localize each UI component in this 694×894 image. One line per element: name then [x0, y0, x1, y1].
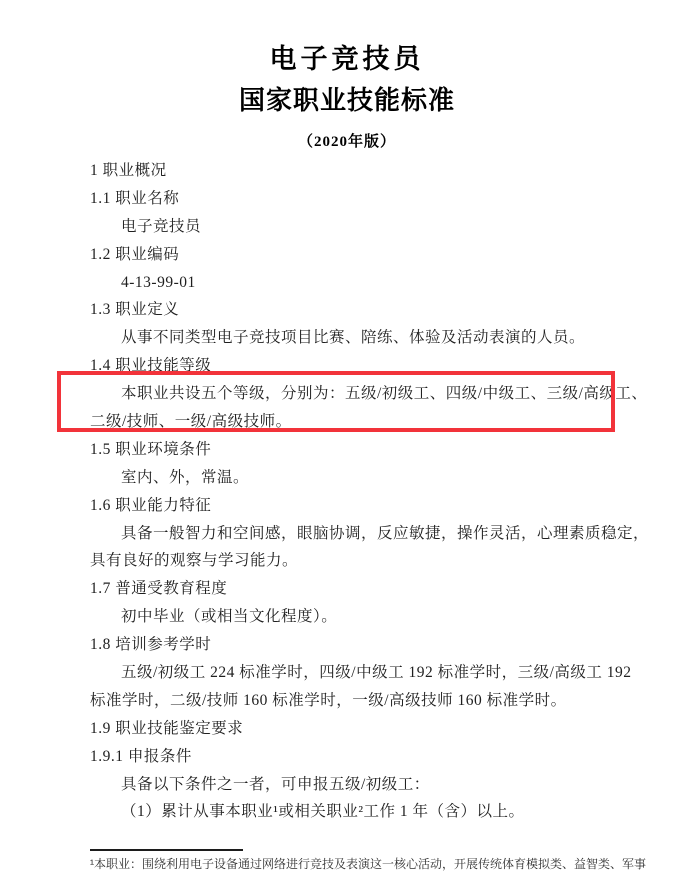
body-line: （1）累计从事本职业¹或相关职业²工作 1 年（含）以上。 — [90, 798, 610, 826]
document-page: 电子竞技员 国家职业技能标准 （2020年版） 1 职业概况1.1 职业名称电子… — [0, 0, 694, 894]
body-line: 标准学时，二级/技师 160 标准学时，一级/高级技师 160 标准学时。 — [90, 687, 610, 715]
body-line: 具有良好的观察与学习能力。 — [90, 547, 610, 575]
body-line: 1.5 职业环境条件 — [90, 436, 610, 464]
footnote-separator — [90, 849, 243, 851]
body-line: 1.4 职业技能等级 — [90, 352, 610, 380]
footnote-text: ¹本职业：围绕利用电子设备通过网络进行竞技及表演这一核心活动，开展传统体育模拟类… — [90, 856, 620, 873]
body-line: 室内、外，常温。 — [90, 464, 610, 492]
body-line: 1.6 职业能力特征 — [90, 492, 610, 520]
body-line: 1 职业概况 — [90, 157, 610, 185]
body-line-highlighted: 本职业共设五个等级，分别为：五级/初级工、四级/中级工、三级/高级工、 — [90, 380, 610, 408]
edition-label: （2020年版） — [0, 122, 694, 162]
body-line: 1.2 职业编码 — [90, 241, 610, 269]
body-line: 1.9.1 申报条件 — [90, 743, 610, 771]
body-line: 具备一般智力和空间感，眼脑协调，反应敏捷，操作灵活，心理素质稳定， — [90, 520, 610, 548]
title-block: 电子竞技员 国家职业技能标准 （2020年版） — [0, 38, 694, 162]
body-line: 五级/初级工 224 标准学时，四级/中级工 192 标准学时，三级/高级工 1… — [90, 659, 610, 687]
document-title: 电子竞技员 — [0, 38, 694, 80]
body-line: 具备以下条件之一者，可申报五级/初级工： — [90, 771, 610, 799]
body-line: 初中毕业（或相当文化程度）。 — [90, 603, 610, 631]
body-line: 4-13-99-01 — [90, 269, 610, 297]
body-line-highlighted: 二级/技师、一级/高级技师。 — [90, 408, 610, 436]
body-line: 1.8 培训参考学时 — [90, 631, 610, 659]
body-line: 1.9 职业技能鉴定要求 — [90, 715, 610, 743]
document-body: 1 职业概况1.1 职业名称电子竞技员1.2 职业编码4-13-99-011.3… — [90, 157, 610, 826]
document-subtitle: 国家职业技能标准 — [0, 80, 694, 122]
body-line: 1.1 职业名称 — [90, 185, 610, 213]
body-line: 从事不同类型电子竞技项目比赛、陪练、体验及活动表演的人员。 — [90, 324, 610, 352]
body-line: 电子竞技员 — [90, 213, 610, 241]
body-line: 1.3 职业定义 — [90, 296, 610, 324]
body-line: 1.7 普通受教育程度 — [90, 575, 610, 603]
